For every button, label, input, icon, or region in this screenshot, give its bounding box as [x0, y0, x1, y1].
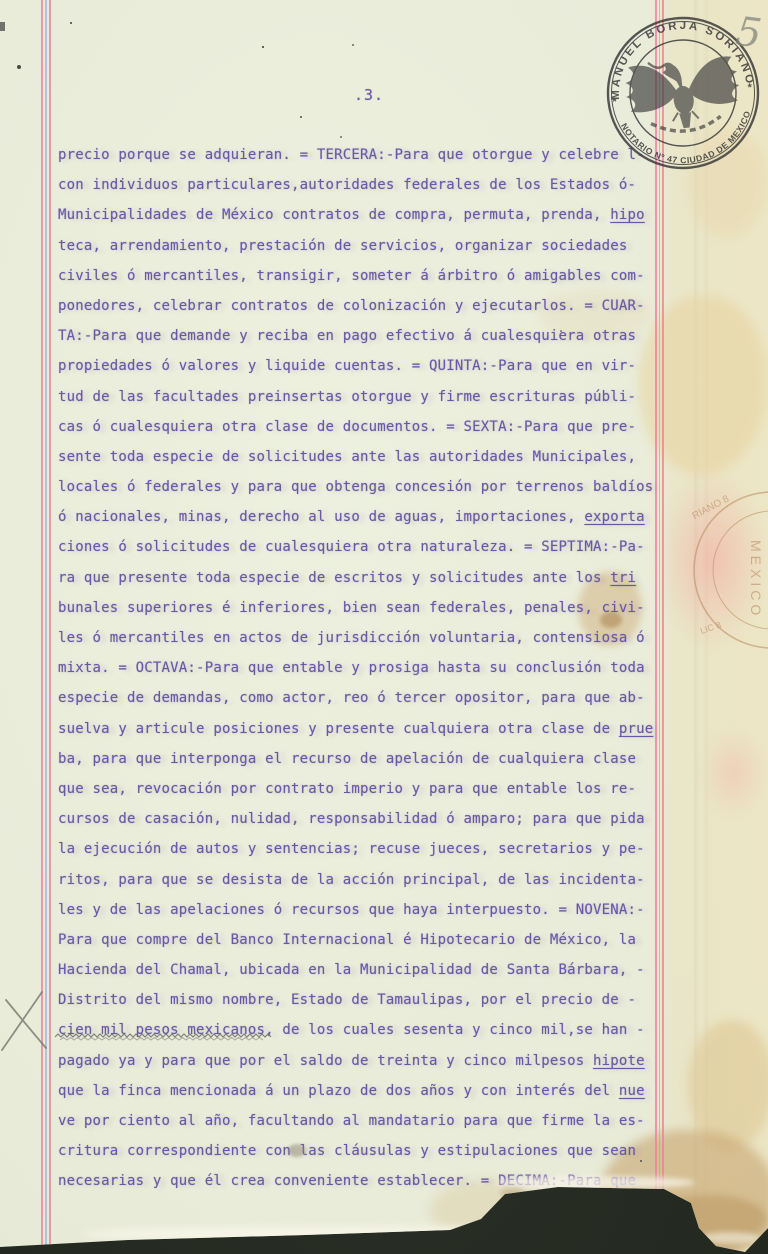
- dust-specks: [0, 0, 2, 2]
- photograph-background: .3. precio porque se adquieran. = TERCER…: [0, 0, 768, 1254]
- document-page: .3. precio porque se adquieran. = TERCER…: [0, 0, 768, 1254]
- notary-seal-stamp: MANUEL BORJA SORIANO NOTARIO Nº 47 CIUDA…: [0, 0, 768, 1254]
- edge-mark: [0, 22, 5, 31]
